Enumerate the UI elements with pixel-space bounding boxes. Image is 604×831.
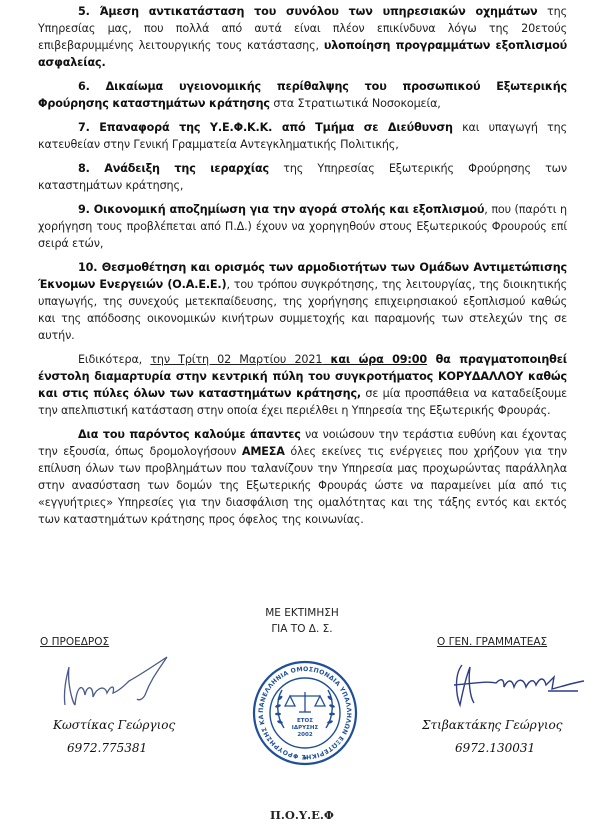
paragraph-item-8: 8. Ανάδειξη της ιεραρχίας της Υπηρεσίας … xyxy=(38,160,567,194)
document-body: 5. Άμεση αντικατάσταση του συνόλου των υ… xyxy=(38,3,567,535)
closing-regards: ΜΕ ΕΚΤΙΜΗΣΗ xyxy=(0,605,604,621)
text-segment: 7. Επαναφορά της Υ.Ε.Φ.Κ.Κ. από Τμήμα σε… xyxy=(78,121,453,134)
svg-text:2002: 2002 xyxy=(297,732,312,738)
role-president: Ο ΠΡΟΕΔΡΟΣ xyxy=(40,636,109,648)
text-segment: 5. Άμεση αντικατάσταση του συνόλου των υ… xyxy=(78,5,538,18)
text-segment: Δια του παρόντος καλούμε άπαντες xyxy=(78,428,301,441)
text-segment: την Τρίτη 02 Μαρτίου 2021 xyxy=(150,353,322,366)
signature-general-secretary-icon xyxy=(448,655,588,715)
svg-text:ΙΔΡΥΣΗΣ: ΙΔΡΥΣΗΣ xyxy=(292,725,319,731)
paragraph-item-9: 9. Οικονομική αποζημίωση για την αγορά σ… xyxy=(38,201,567,252)
text-segment: 9. Οικονομική αποζημίωση για την αγορά σ… xyxy=(78,203,484,216)
paragraph-protest-announcement: Ειδικότερα, την Τρίτη 02 Μαρτίου 2021 κα… xyxy=(38,351,567,419)
text-segment: 8. Ανάδειξη της ιεραρχίας xyxy=(78,162,269,175)
paragraph-item-10: 10. Θεσμοθέτηση και ορισμός των αρμοδιοτ… xyxy=(38,259,567,344)
paragraph-item-7: 7. Επαναφορά της Υ.Ε.Φ.Κ.Κ. από Τμήμα σε… xyxy=(38,119,567,153)
closing-block: ΜΕ ΕΚΤΙΜΗΣΗ ΓΙΑ ΤΟ Δ. Σ. xyxy=(0,605,604,637)
signature-president-icon xyxy=(55,655,175,715)
text-segment xyxy=(322,353,330,366)
general-secretary-name: Στιβακτάκης Γεώργιος xyxy=(422,718,563,732)
role-general-secretary: Ο ΓΕΝ. ΓΡΑΜΜΑΤΕΑΣ xyxy=(437,636,547,648)
president-phone: 6972.775381 xyxy=(67,741,147,755)
paragraph-item-5: 5. Άμεση αντικατάσταση του συνόλου των υ… xyxy=(38,3,567,71)
text-segment: στα Στρατιωτικά Νοσοκομεία, xyxy=(270,97,441,110)
closing-board: ΓΙΑ ΤΟ Δ. Σ. xyxy=(0,621,604,637)
svg-text:ΕΤΟΣ: ΕΤΟΣ xyxy=(297,718,313,724)
footer-organization: Π.Ο.Υ.Ε.Φ xyxy=(0,808,604,822)
paragraph-item-6: 6. Δικαίωμα υγειονομικής περίθαλψης του … xyxy=(38,78,567,112)
text-segment: Ειδικότερα, xyxy=(78,353,150,366)
president-name: Κωστίκας Γεώργιος xyxy=(53,718,175,732)
organization-stamp-icon: ΠΑΝΕΛΛΗΝΙΑ ΟΜΟΣΠΟΝΔΙΑ ΥΠΑΛΛΗΛΩΝ ΕΞΩΤΕΡΙΚ… xyxy=(252,660,358,766)
text-segment: ΑΜΕΣΑ xyxy=(242,445,285,458)
general-secretary-phone: 6972.130031 xyxy=(455,741,535,755)
svg-text:ΠΑΝΕΛΛΗΝΙΑ ΟΜΟΣΠΟΝΔΙΑ ΥΠΑΛΛΗΛΩ: ΠΑΝΕΛΛΗΝΙΑ ΟΜΟΣΠΟΝΔΙΑ ΥΠΑΛΛΗΛΩΝ ΕΞΩΤΕΡΙΚ… xyxy=(252,660,352,760)
text-segment: και ώρα 09:00 xyxy=(331,353,427,366)
paragraph-call-to-action: Δια του παρόντος καλούμε άπαντες να νοιώ… xyxy=(38,426,567,528)
